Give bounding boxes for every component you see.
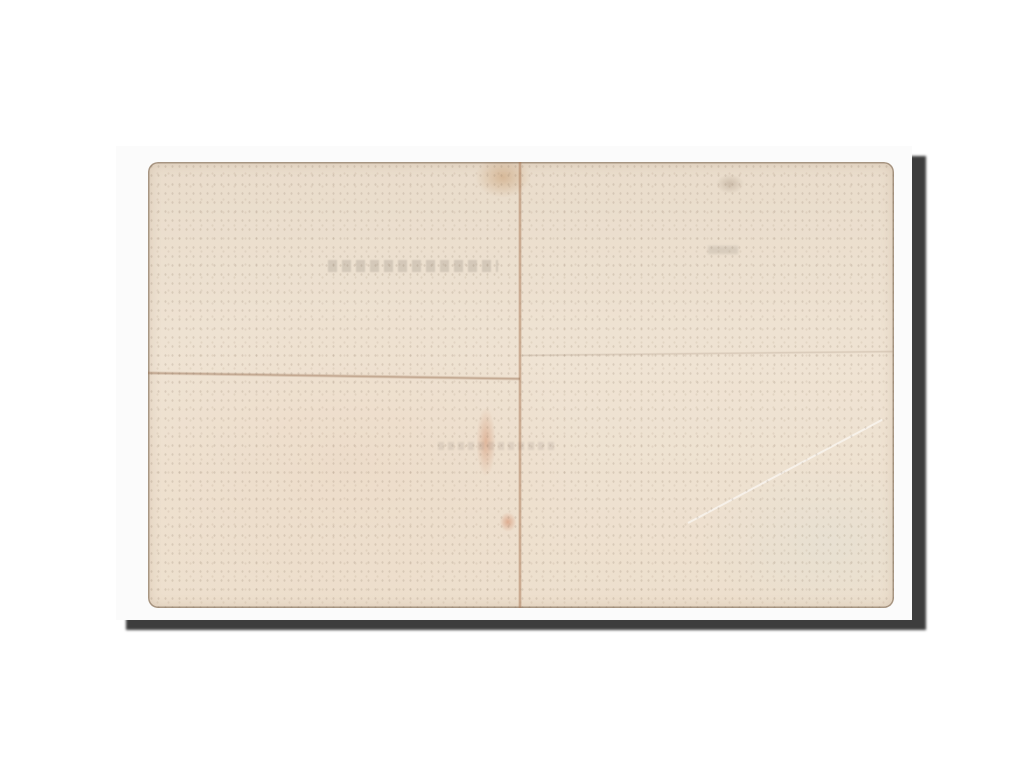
banknote-back (148, 162, 894, 608)
vertical-fold (518, 162, 522, 608)
horizontal-crease-right (522, 350, 894, 357)
horizontal-fold-left (148, 371, 520, 381)
bleed-through-print-lower (438, 442, 558, 450)
bleed-through-print-mark (708, 246, 738, 254)
diagonal-crease (688, 419, 883, 524)
bleed-through-print-top (328, 260, 498, 272)
photo-stage (0, 0, 1024, 768)
